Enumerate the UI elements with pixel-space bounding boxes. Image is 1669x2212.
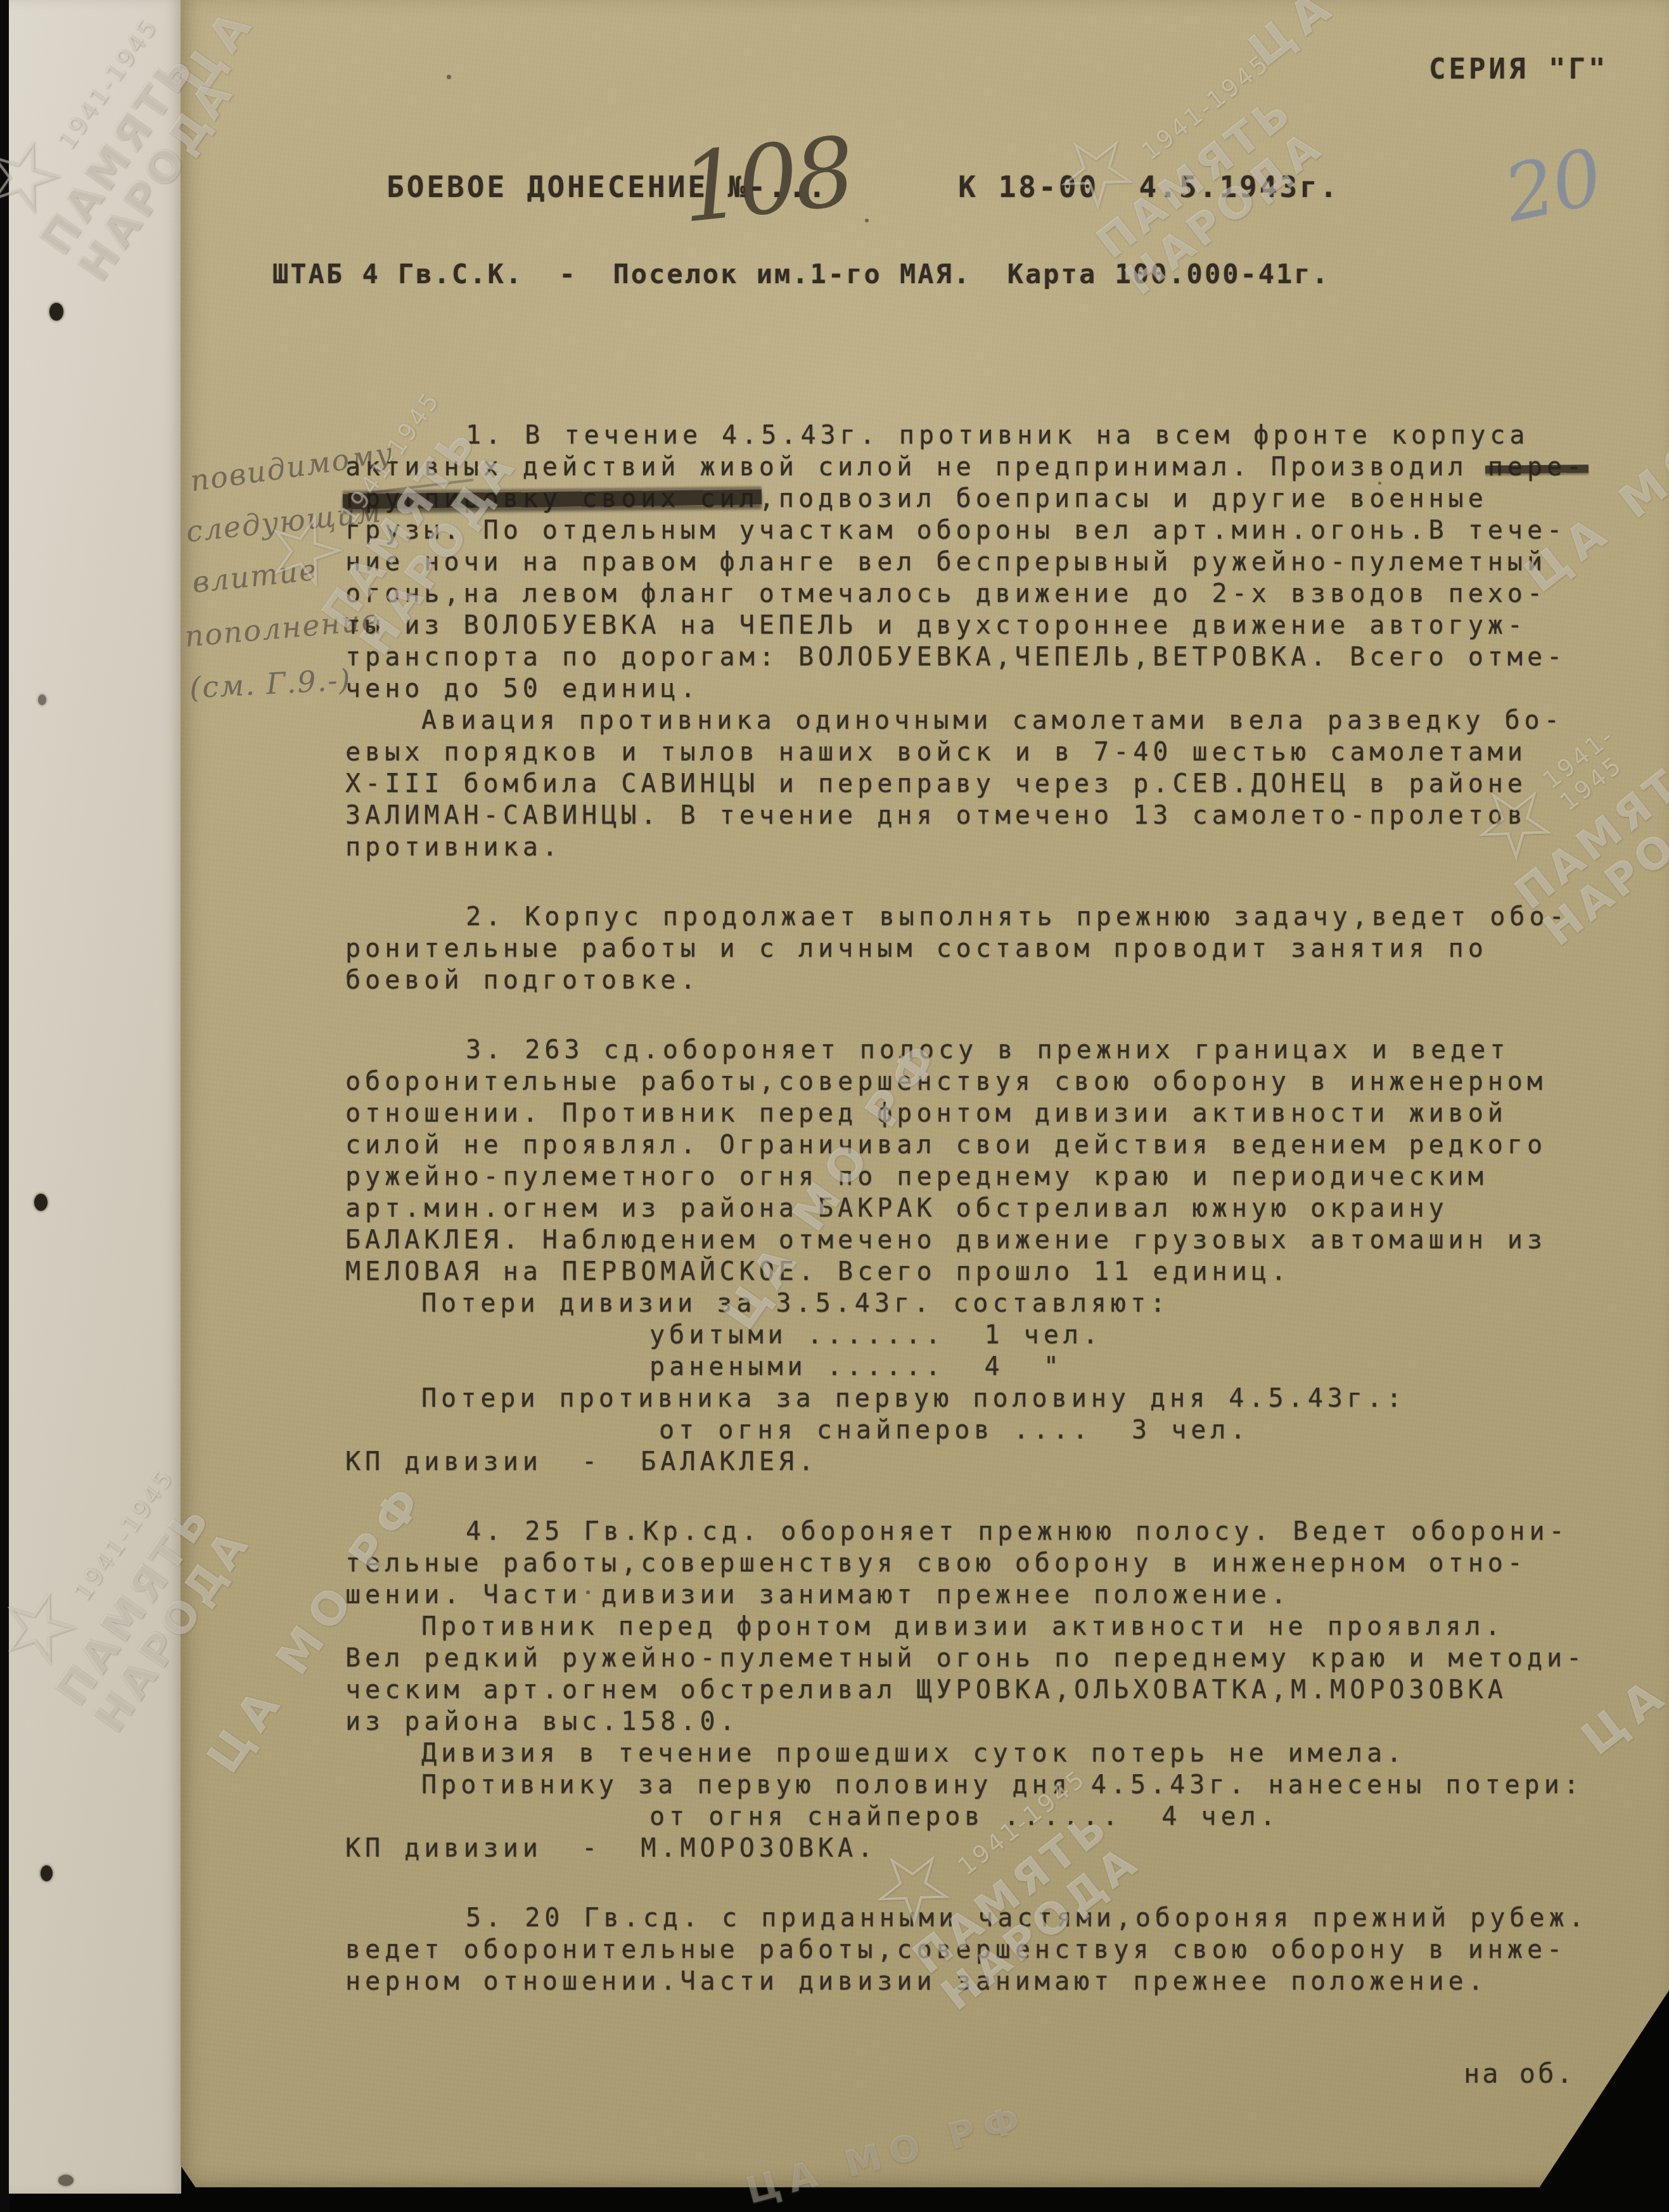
typed-line: КП дивизии - М.МОРОЗОВКА. [345,1832,1651,1864]
verso-note: на об. [1464,2058,1575,2089]
typed-line: Авиация противника одиночными самолетами… [345,705,1651,736]
typed-line: грузы. По отдельным участкам обороны вел… [345,515,1651,546]
typed-line: Потери противника за первую половину дня… [345,1383,1651,1414]
scanned-document-page: СЕРИЯ "Г" БОЕВОЕ ДОНЕСЕНИЕ №-...К 18-00 … [0,0,1669,2212]
typed-line: активных действий живой силой не предпри… [345,451,1651,483]
typed-line: Х-III бомбила САВИНЦЫ и переправу через … [345,768,1651,800]
typed-line: 3. 263 сд.обороняет полосу в прежних гра… [345,1034,1651,1066]
typed-line: силой не проявлял. Ограничивал свои дейс… [345,1129,1651,1161]
punch-hole [49,303,63,321]
typed-line: 4. 25 Гв.Кр.сд. обороняет прежнюю полосу… [345,1516,1651,1547]
paper-speck [865,219,869,222]
report-sheet: СЕРИЯ "Г" БОЕВОЕ ДОНЕСЕНИЕ №-...К 18-00 … [181,0,1669,2187]
typed-line: шении. Части дивизии занимают прежнее по… [345,1579,1651,1611]
typed-line: арт.мин.огнем из района БАКРАК обстрелив… [345,1192,1651,1224]
margin-note: влитие [191,553,319,599]
typed-line: огонь,на левом фланг отмечалось движение… [345,578,1651,610]
typed-line: чено до 50 единиц. [345,673,1651,705]
handwritten-report-number: 108 [676,117,857,244]
typed-text: активных действий живой силой не предпри… [345,452,1488,482]
paper-speck [586,1590,590,1594]
struck-text: пере- [1488,452,1586,482]
margin-note: (см. Г.9.-) [189,662,352,705]
report-title: БОЕВОЕ ДОНЕСЕНИЕ №-...К 18-00 4.5.1943г. [387,170,1340,204]
typed-line: Вел редкий ружейно-пулеметный огонь по п… [345,1642,1651,1674]
typed-line: от огня снайперов .... 3 чел. [345,1414,1651,1446]
typed-line: 2. Корпус продолжает выполнять прежнюю з… [345,901,1651,933]
typed-line: евых порядков и тылов наших войск и в 7-… [345,736,1651,768]
typed-line: ние ночи на правом фланге вел беспрерывн… [345,546,1651,578]
typed-line: от огня снайперов ...... 4 чел. [345,1801,1651,1832]
typed-text: ,подвозил боеприпасы и другие военные [759,484,1488,513]
typed-line: убитыми ....... 1 чел. [345,1319,1651,1351]
typed-line: ранеными ...... 4 " [345,1351,1651,1383]
typed-line: ружейно-пулеметного огня по переднему кр… [345,1161,1651,1192]
handwritten-sheet-number: 20 [1497,132,1609,240]
typed-line: группировку своих сил,подвозил боеприпас… [345,483,1651,515]
punch-hole [34,1194,48,1211]
report-subtitle: ШТАБ 4 Гв.С.К. - Поселок им.1-го МАЯ. Ка… [272,259,1330,290]
series-label: СЕРИЯ "Г" [1429,53,1608,86]
typed-line: ты из ВОЛОБУЕВКА на ЧЕПЕЛЬ и двухсторонн… [345,610,1651,641]
typed-line: транспорта по дорогам: ВОЛОБУЕВКА,ЧЕПЕЛЬ… [345,641,1651,673]
report-body: 1. В течение 4.5.43г. противник на всем … [345,419,1651,1997]
paper-speck [1378,482,1381,485]
typed-line: боевой подготовке. [345,964,1651,996]
binding-strip [9,0,181,2194]
typed-line: БАЛАКЛЕЯ. Наблюдением отмечено движение … [345,1224,1651,1256]
typed-line: отношении. Противник перед фронтом дивиз… [345,1097,1651,1129]
typed-line: Потери дивизии за 3.5.43г. составляют: [345,1288,1651,1319]
typed-line: ведет оборонительные работы,совершенству… [345,1934,1651,1966]
punch-hole [38,694,46,705]
typed-line: нерном отношении.Части дивизии занимают … [345,1966,1651,1997]
typed-line: ЗАЛИМАН-САВИНЦЫ. В течение дня отмечено … [345,800,1651,831]
typed-line: Противнику за первую половину дня 4.5.43… [345,1769,1651,1801]
typed-line: оборонительные работы,совершенствуя свою… [345,1066,1651,1097]
paper-speck [447,75,451,79]
punch-hole [41,1865,53,1881]
typed-line: ронительные работы и с личным составом п… [345,933,1651,964]
typed-line: МЕЛОВАЯ на ПЕРВОМАЙСКОЕ. Всего прошло 11… [345,1256,1651,1288]
typed-line: тельные работы,совершенствуя свою оборон… [345,1547,1651,1579]
typed-line: из района выс.158.0. [345,1706,1651,1737]
report-title-time-date: К 18-00 4.5.1943г. [958,170,1340,204]
typed-line: КП дивизии - БАЛАКЛЕЯ. [345,1446,1651,1478]
typed-line: 1. В течение 4.5.43г. противник на всем … [345,419,1651,451]
struck-text: группировку своих сил [345,484,759,513]
typed-line: 5. 20 Гв.сд. с приданными частями,оборон… [345,1902,1651,1934]
punch-hole [58,2175,74,2186]
typed-line: Дивизия в течение прошедших суток потерь… [345,1737,1651,1769]
typed-line: ческим арт.огнем обстреливал ЩУРОВКА,ОЛЬ… [345,1674,1651,1706]
typed-line: Противник перед фронтом дивизии активнос… [345,1611,1651,1642]
typed-line: противника. [345,831,1651,863]
